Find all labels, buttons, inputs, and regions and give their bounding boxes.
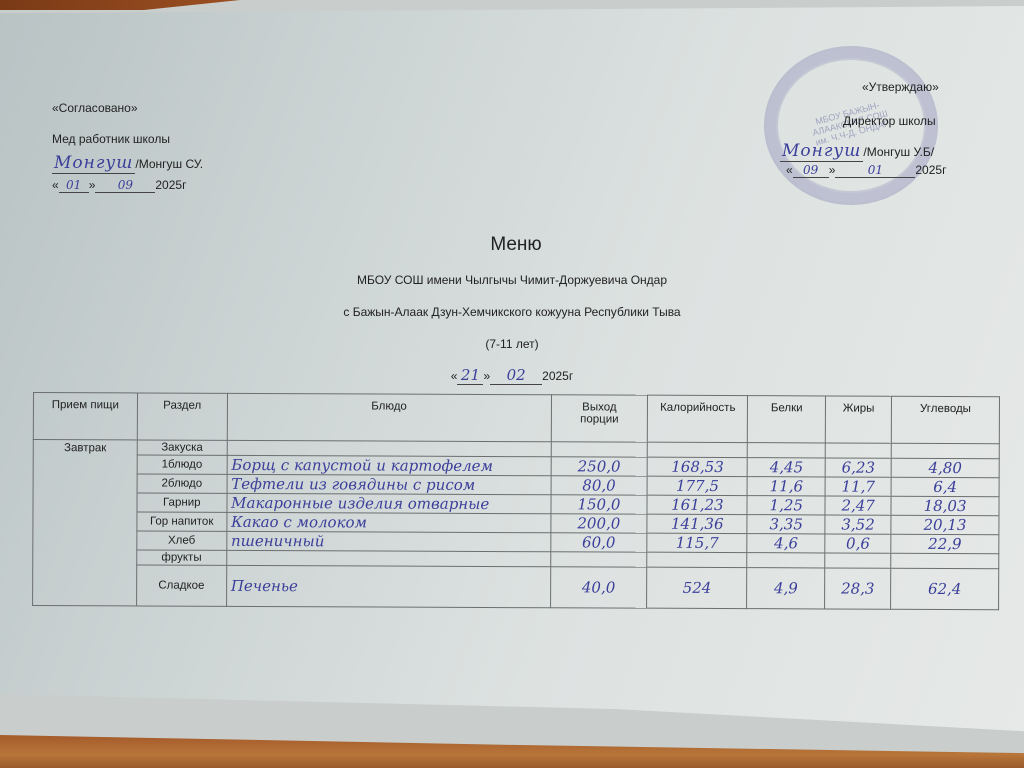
carbs-cell: 22,9 (891, 534, 999, 553)
carbs-cell: 4,80 (891, 458, 999, 477)
table-header-row: Прием пищи Раздел Блюдо Выход порции Кал… (33, 393, 999, 444)
col-header: Жиры (825, 396, 891, 443)
menu-date-year: 2025г (542, 369, 573, 383)
fat-cell: 11,7 (825, 477, 891, 496)
dish-cell (226, 550, 550, 566)
portion-cell: 40,0 (550, 567, 647, 608)
calories-cell: 524 (647, 567, 747, 608)
calories-cell: 161,23 (647, 495, 747, 514)
section-cell: Гарнир (137, 493, 227, 512)
section-cell: фрукты (137, 550, 227, 565)
wooden-table-bottom (0, 735, 1024, 768)
section-cell: Закуска (137, 440, 227, 455)
fat-cell: 2,47 (825, 496, 891, 515)
approval-right-month: 01 (835, 163, 915, 178)
age-group: (7-11 лет) (0, 337, 1024, 351)
carbs-cell (891, 553, 999, 568)
section-cell: Гор напиток (137, 512, 227, 531)
portion-cell: 150,0 (550, 495, 647, 514)
approval-right-heading: «Утверждаю» (862, 80, 939, 94)
portion-cell: 60,0 (550, 533, 647, 552)
carbs-cell: 6,4 (891, 477, 999, 496)
calories-cell (648, 442, 748, 457)
school-location: с Бажын-Алаак Дзун-Хемчикского кожууна Р… (0, 305, 1024, 319)
calories-cell: 141,36 (647, 514, 747, 533)
portion-cell (551, 442, 648, 457)
approval-left-month: 09 (95, 178, 155, 193)
fat-cell: 6,23 (825, 458, 891, 477)
calories-cell: 168,53 (648, 457, 748, 476)
approval-right-signature: Монгуш (780, 141, 863, 162)
protein-cell (747, 553, 825, 568)
dish-cell: Печенье (226, 565, 550, 607)
carbs-cell (891, 443, 999, 458)
approval-left-heading: «Согласовано» (52, 101, 138, 115)
school-name: МБОУ СОШ имени Чылгычы Чимит-Доржуевича … (0, 273, 1024, 287)
section-cell: 1блюдо (137, 455, 227, 474)
dish-cell: Какао с молоком (227, 512, 551, 532)
wooden-table-top (0, 0, 240, 10)
col-header: Белки (748, 396, 826, 443)
carbs-cell: 20,13 (891, 515, 999, 534)
table-row: СладкоеПеченье40,05244,928,362,4 (33, 565, 999, 610)
fat-cell (825, 553, 891, 568)
protein-cell: 4,6 (747, 534, 825, 553)
approval-right-role: Директор школы (843, 114, 936, 128)
fat-cell: 3,52 (825, 515, 891, 534)
approval-right-year: 2025г (915, 163, 946, 177)
dish-cell: Борщ с капустой и картофелем (227, 455, 551, 475)
approval-left-day: 01 (59, 178, 89, 193)
portion-cell: 250,0 (551, 457, 648, 476)
dish-cell: пшеничный (226, 531, 550, 551)
calories-cell: 115,7 (647, 533, 747, 552)
fat-cell: 28,3 (825, 568, 891, 609)
menu-date-month: 02 (490, 366, 542, 385)
protein-cell: 4,45 (747, 458, 825, 477)
approval-left-role: Мед работник школы (52, 132, 170, 146)
carbs-cell: 18,03 (891, 496, 999, 515)
calories-cell: 177,5 (647, 476, 747, 495)
menu-date-day: 21 (457, 366, 483, 385)
approval-left-signature: Монгуш (52, 153, 135, 174)
portion-cell: 200,0 (550, 514, 647, 533)
col-header: Калорийность (648, 395, 748, 442)
section-cell: Хлеб (137, 531, 227, 550)
calories-cell (647, 552, 747, 567)
col-header: Выход порции (551, 395, 648, 442)
dish-cell: Тефтели из говядины с рисом (227, 474, 551, 494)
protein-cell: 4,9 (747, 568, 825, 609)
col-header: Углеводы (891, 396, 999, 443)
menu-table: Прием пищи Раздел Блюдо Выход порции Кал… (32, 392, 1000, 610)
fat-cell: 0,6 (825, 534, 891, 553)
dish-cell (227, 440, 551, 456)
protein-cell: 1,25 (747, 496, 825, 515)
col-header: Блюдо (227, 393, 551, 441)
approval-right-day: 09 (793, 163, 829, 178)
portion-cell: 80,0 (551, 476, 648, 495)
carbs-cell: 62,4 (891, 568, 999, 609)
protein-cell (748, 443, 826, 458)
approval-left-year: 2025г (155, 178, 186, 192)
meal-cell: Завтрак (33, 440, 138, 606)
dish-cell: Макаронные изделия отварные (227, 493, 551, 513)
section-cell: Сладкое (136, 565, 226, 606)
protein-cell: 3,35 (747, 515, 825, 534)
page-title: Меню (0, 234, 1024, 256)
col-header: Прием пищи (33, 393, 137, 440)
section-cell: 2блюдо (137, 474, 227, 493)
approval-right-name: /Монгуш У.Б/ (863, 145, 934, 159)
fat-cell (825, 443, 891, 458)
portion-cell (550, 552, 647, 567)
approval-left-name: /Монгуш СУ. (135, 157, 203, 171)
protein-cell: 11,6 (747, 477, 825, 496)
col-header: Раздел (137, 393, 227, 440)
